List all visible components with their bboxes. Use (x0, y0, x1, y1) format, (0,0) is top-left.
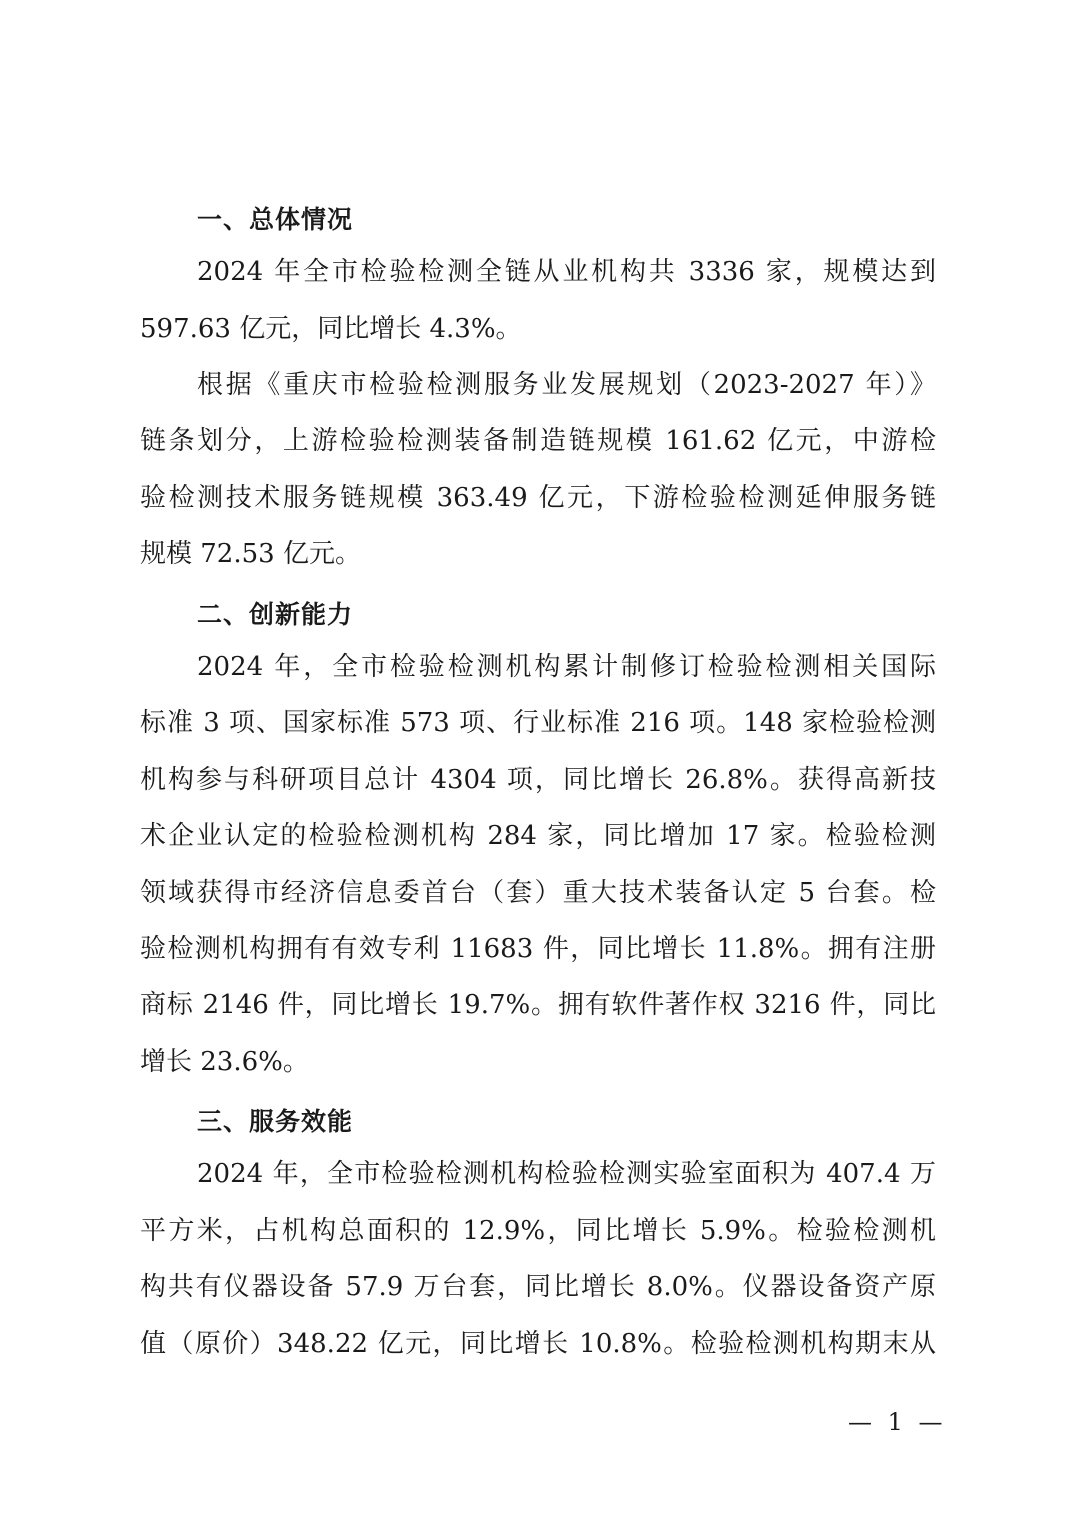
paragraph-line: 术企业认定的检验检测机构 284 家，同比增加 17 家。检验检测 (140, 820, 936, 852)
section-heading-overview: 一、总体情况 (197, 200, 353, 236)
paragraph-line: 增长 23.6%。 (140, 1046, 936, 1078)
paragraph-line: 构共有仪器设备 57.9 万台套，同比增长 8.0%。仪器设备资产原 (140, 1271, 936, 1303)
paragraph-line: 标准 3 项、国家标准 573 项、行业标准 216 项。148 家检验检测 (140, 707, 936, 739)
paragraph-line: 2024 年，全市检验检测机构检验检测实验室面积为 407.4 万 (197, 1158, 936, 1190)
paragraph-line: 值（原价）348.22 亿元，同比增长 10.8%。检验检测机构期末从 (140, 1328, 936, 1360)
paragraph-line: 597.63 亿元，同比增长 4.3%。 (140, 313, 936, 345)
paragraph-line: 链条划分，上游检验检测装备制造链规模 161.62 亿元，中游检 (140, 425, 936, 457)
paragraph-line: 机构参与科研项目总计 4304 项，同比增长 26.8%。获得高新技 (140, 764, 936, 796)
section-heading-service: 三、服务效能 (197, 1102, 353, 1138)
section-heading-innovation: 二、创新能力 (197, 595, 353, 631)
paragraph-line: 2024 年，全市检验检测机构累计制修订检验检测相关国际 (197, 651, 936, 683)
paragraph-line: 平方米，占机构总面积的 12.9%，同比增长 5.9%。检验检测机 (140, 1215, 936, 1247)
paragraph-line: 规模 72.53 亿元。 (140, 538, 936, 570)
paragraph-line: 商标 2146 件，同比增长 19.7%。拥有软件著作权 3216 件，同比 (140, 989, 936, 1021)
paragraph-line: 领域获得市经济信息委首台（套）重大技术装备认定 5 台套。检 (140, 877, 936, 909)
paragraph-line: 根据《重庆市检验检测服务业发展规划（2023-2027 年）》 (197, 369, 936, 401)
paragraph-line: 验检测技术服务链规模 363.49 亿元，下游检验检测延伸服务链 (140, 482, 936, 514)
paragraph-line: 2024 年全市检验检测全链从业机构共 3336 家，规模达到 (197, 256, 936, 288)
page-number: — 1 — (848, 1408, 947, 1436)
document-page: 一、总体情况 2024 年全市检验检测全链从业机构共 3336 家，规模达到 5… (0, 0, 1074, 1520)
paragraph-line: 验检测机构拥有有效专利 11683 件，同比增长 11.8%。拥有注册 (140, 933, 936, 965)
